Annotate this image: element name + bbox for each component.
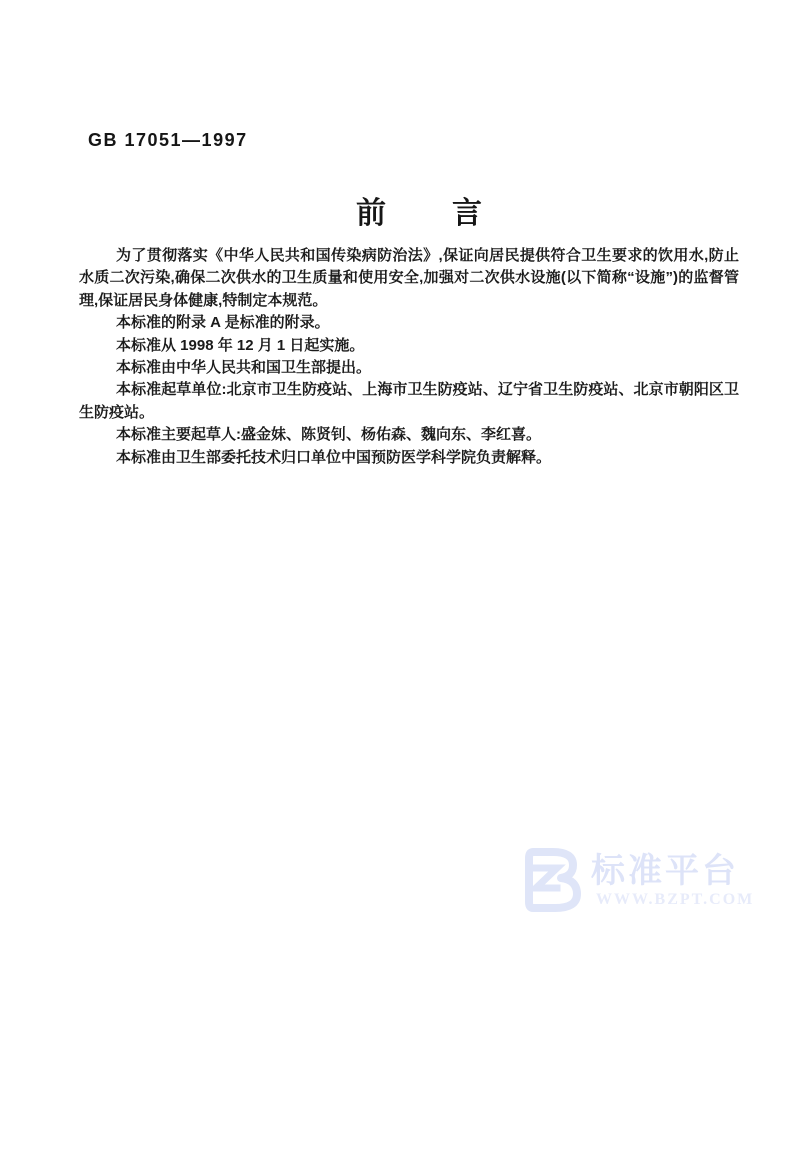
page-title: 前 言 — [0, 188, 800, 232]
standard-code: GB 17051—1997 — [88, 130, 248, 151]
paragraph-effective-date: 本标准从 1998 年 12 月 1 日起实施。 — [79, 335, 739, 357]
paragraph-annex: 本标准的附录 A 是标准的附录。 — [79, 312, 739, 334]
paragraph-purpose: 为了贯彻落实《中华人民共和国传染病防治法》,保证向居民提供符合卫生要求的饮用水,… — [79, 245, 739, 312]
watermark-text-block: 标准平台 WWW.BZPT.COM — [591, 852, 754, 909]
watermark-url: WWW.BZPT.COM — [596, 891, 754, 909]
watermark-name: 标准平台 — [591, 852, 754, 890]
bzpt-logo-icon — [523, 846, 585, 921]
paragraph-interpretation: 本标准由卫生部委托技术归口单位中国预防医学科学院负责解释。 — [79, 447, 739, 469]
watermark: 标准平台 WWW.BZPT.COM — [523, 846, 754, 921]
paragraph-proposed-by: 本标准由中华人民共和国卫生部提出。 — [79, 357, 739, 379]
paragraph-drafters: 本标准主要起草人:盛金妹、陈贤钊、杨佑森、魏向东、李红喜。 — [79, 424, 739, 446]
document-page: GB 17051—1997 前 言 为了贯彻落实《中华人民共和国传染病防治法》,… — [0, 0, 800, 1169]
paragraph-drafting-units: 本标准起草单位:北京市卫生防疫站、上海市卫生防疫站、辽宁省卫生防疫站、北京市朝阳… — [79, 379, 739, 424]
foreword-body: 为了贯彻落实《中华人民共和国传染病防治法》,保证向居民提供符合卫生要求的饮用水,… — [79, 245, 739, 469]
